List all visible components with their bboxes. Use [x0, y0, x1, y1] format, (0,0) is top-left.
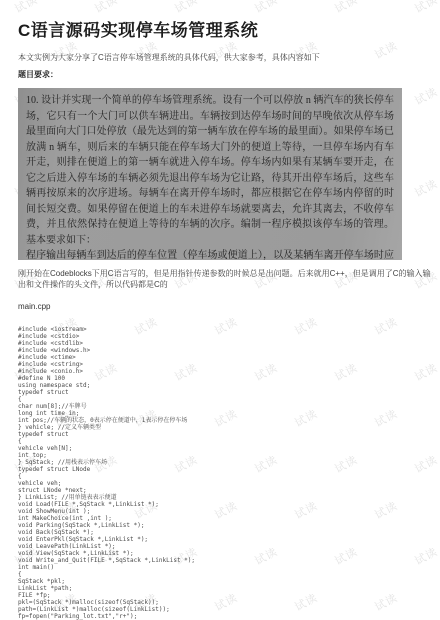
article-page: C语言源码实现停车场管理系统 本文实例为大家分享了C语言停车场管理系统的具体代码… — [0, 0, 440, 620]
code-line: void Load(FILE *,SqStack *,LinkList *); — [18, 501, 420, 508]
code-line: { — [18, 571, 420, 578]
note-paragraph: 刚开始在Codeblocks下用C语言写的，但是用指针传递参数的时候总是出问题。… — [18, 268, 432, 290]
problem-paragraph-2: 程序输出每辆车到达后的停车位置（停车场或便道上），以及某辆车离开停车场时应交纳的… — [26, 248, 394, 260]
code-line: { — [18, 473, 420, 480]
page-title: C语言源码实现停车场管理系统 — [18, 16, 420, 41]
code-line: #include <cstring> — [18, 361, 420, 368]
code-filename: main.cpp — [18, 302, 420, 311]
code-line: } LinkList; //用单链表表示便道 — [18, 494, 420, 501]
code-line: #include <ctime> — [18, 354, 420, 361]
code-line: SqStack *pkl; — [18, 578, 420, 585]
code-line: path=(LinkList *)malloc(sizeof(LinkList)… — [18, 606, 420, 613]
code-line: using namespace std; — [18, 382, 420, 389]
code-block: #include <iostream>#include <cstdio>#inc… — [18, 326, 420, 620]
code-line: void Parking(SqStack *,LinkList *); — [18, 522, 420, 529]
code-line: #include <cstdlib> — [18, 340, 420, 347]
code-line: void LeavePath(LinkList *); — [18, 543, 420, 550]
code-line: #include <cstdio> — [18, 333, 420, 340]
code-line: #include <iostream> — [18, 326, 420, 333]
code-line: fp=fopen("Parking_lot.txt","r+"); — [18, 613, 420, 620]
code-line: } vehicle; //定义车辆类型 — [18, 424, 420, 431]
intro-paragraph: 本文实例为大家分享了C语言停车场管理系统的具体代码，供大家参考，具体内容如下 — [18, 52, 420, 63]
code-line: pkl=(SqStack *)malloc(sizeof(SqStack)); — [18, 599, 420, 606]
code-line: typedef struct — [18, 431, 420, 438]
code-line: } SqStack; //用栈表示停车场 — [18, 459, 420, 466]
code-line: int top; — [18, 452, 420, 459]
code-line: typedef struct — [18, 389, 420, 396]
code-line: vehicle veh[N]; — [18, 445, 420, 452]
problem-paragraph-1: 10. 设计并实现一个简单的停车场管理系统。设有一个可以停放 n 辆汽车的狭长停… — [26, 93, 394, 248]
code-line: FILE *fp; — [18, 592, 420, 599]
code-line: LinkList *path; — [18, 585, 420, 592]
problem-statement-scan-image: 10. 设计并实现一个简单的停车场管理系统。设有一个可以停放 n 辆汽车的狭长停… — [18, 88, 402, 260]
code-line: int main() — [18, 564, 420, 571]
code-line: vehicle veh; — [18, 480, 420, 487]
code-line: long int time_in; — [18, 410, 420, 417]
code-line: int MakeChoice(int ,int ); — [18, 515, 420, 522]
code-line: void View(SqStack *,LinkList *); — [18, 550, 420, 557]
requirements-label: 题目要求： — [18, 69, 420, 80]
code-line: #define N 100 — [18, 375, 420, 382]
code-line: #include <windows.h> — [18, 347, 420, 354]
code-line: #include <conio.h> — [18, 368, 420, 375]
code-line: void Back(SqStack *); — [18, 529, 420, 536]
code-line: { — [18, 396, 420, 403]
code-line: void EnterPkl(SqStack *,LinkList *); — [18, 536, 420, 543]
code-line: typedef struct LNode — [18, 466, 420, 473]
code-line: int pos;//车辆的状态，0表示停在便道中，1表示停在停车场 — [18, 417, 420, 424]
code-line: char num[8];//车牌号 — [18, 403, 420, 410]
code-line: struct LNode *next; — [18, 487, 420, 494]
code-line: { — [18, 438, 420, 445]
code-line: void Write_and_Quit(FILE *,SqStack *,Lin… — [18, 557, 420, 564]
code-line: void ShowMenu(int ); — [18, 508, 420, 515]
